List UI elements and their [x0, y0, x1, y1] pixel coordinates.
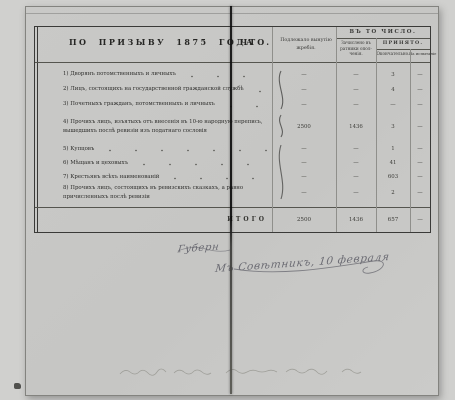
- cell-subject: —: [272, 146, 336, 152]
- scan-artifact-speck: [14, 383, 21, 389]
- table-title-tail: ЧТО.: [240, 37, 271, 47]
- cell-final: 41: [376, 160, 410, 166]
- row-label: 7) Крестьянъ всѣхъ наименованій: [63, 173, 159, 182]
- cell-militia: —: [336, 190, 376, 196]
- cell-militia: —: [336, 102, 376, 108]
- table-row: 4) Прочихъ лицъ, изъятыхъ отъ внесенія в…: [35, 112, 430, 142]
- cell-subject: 2500: [272, 124, 336, 130]
- cell-final: 3: [376, 124, 410, 130]
- table-body: 1) Дворянъ потомственныхъ и личныхъ — — …: [35, 62, 430, 207]
- dot-leader: [97, 148, 269, 153]
- total-value-probation: —: [410, 217, 430, 223]
- dot-leader: [131, 162, 269, 167]
- table-row: 8) Прочихъ лицъ, состоящихъ въ ревизских…: [35, 184, 430, 201]
- total-value-militia: 1436: [336, 217, 376, 223]
- cell-militia: —: [336, 146, 376, 152]
- cell-probation: —: [410, 102, 430, 108]
- row-label: 3) Почетныхъ гражданъ, потомственныхъ и …: [63, 100, 215, 109]
- header-accepted-final: Окончательно.: [376, 51, 410, 62]
- rule-under-group-header: [336, 38, 430, 39]
- row-label: 2) Лицъ, состоящихъ на государственной г…: [63, 85, 244, 94]
- total-value-subject: 2500: [272, 217, 336, 223]
- cell-probation: —: [410, 190, 430, 196]
- cell-militia: —: [336, 174, 376, 180]
- cell-subject: —: [272, 174, 336, 180]
- header-accepted-probation: На испытаніе: [409, 51, 430, 62]
- cell-final: 603: [376, 174, 410, 180]
- table-row: 7) Крестьянъ всѣхъ наименованій — — 603 …: [35, 170, 430, 184]
- row-label: 5) Купцовъ: [63, 145, 94, 154]
- cell-final: 2: [376, 190, 410, 196]
- table-title: ПО ПРИЗЫВУ 1875 ГОДА: [69, 37, 255, 47]
- cell-final: 4: [376, 87, 410, 93]
- dot-leader: [162, 176, 269, 181]
- book-fold-line: [230, 6, 232, 394]
- table-row: 6) Мѣщанъ и цеховыхъ — — 41 —: [35, 156, 430, 170]
- cell-subject: —: [272, 87, 336, 93]
- table-row: 2) Лицъ, состоящихъ на государственной г…: [35, 82, 430, 97]
- header-accepted: ПРИНЯТО.: [376, 40, 430, 48]
- table-title-cell: ПО ПРИЗЫВУ 1875 ГОДА ЧТО.: [35, 27, 272, 62]
- handwritten-signature-line1: Губерн: [177, 242, 220, 256]
- header-subject-to-lot: Подлежало вынутію жребія.: [274, 27, 338, 62]
- cell-probation: —: [410, 174, 430, 180]
- total-label: ИТОГО: [35, 216, 272, 223]
- cell-final: 3: [376, 72, 410, 78]
- cell-probation: —: [410, 87, 430, 93]
- row-label: 6) Мѣщанъ и цеховыхъ: [63, 159, 128, 168]
- handwritten-signature-line2: Мъ Совѣтникъ, 10 февраля: [215, 251, 391, 275]
- scanned-document: ПО ПРИЗЫВУ 1875 ГОДА ЧТО. Подлежало выну…: [0, 0, 455, 400]
- header-enrolled-militia: Зачислено въ ратники опол- ченія.: [336, 40, 376, 62]
- cell-probation: —: [410, 160, 430, 166]
- conscription-table: ПО ПРИЗЫВУ 1875 ГОДА ЧТО. Подлежало выну…: [34, 26, 431, 233]
- dot-leader: [247, 89, 269, 94]
- row-label: 8) Прочихъ лицъ, состоящихъ въ ревизских…: [63, 184, 266, 201]
- cell-final: —: [376, 102, 410, 108]
- cell-subject: —: [272, 160, 336, 166]
- header-in-that-number: ВЪ ТО ЧИСЛО.: [336, 29, 430, 38]
- total-value-final: 657: [376, 217, 410, 223]
- row-label: 1) Дворянъ потомственныхъ и личныхъ: [63, 70, 176, 79]
- cell-militia: —: [336, 72, 376, 78]
- cell-militia: —: [336, 87, 376, 93]
- cell-militia: 1436: [336, 124, 376, 130]
- total-row: ИТОГО 2500 1436 657 —: [35, 207, 430, 232]
- rule-under-accepted-header: [376, 49, 430, 50]
- table-row: 3) Почетныхъ гражданъ, потомственныхъ и …: [35, 97, 430, 112]
- cell-subject: —: [272, 72, 336, 78]
- cell-subject: —: [272, 102, 336, 108]
- table-row: 5) Купцовъ — — 1 —: [35, 142, 430, 156]
- table-row: 1) Дворянъ потомственныхъ и личныхъ — — …: [35, 67, 430, 82]
- cell-probation: —: [410, 124, 430, 130]
- dot-leader: [218, 104, 269, 109]
- faint-footer-handwriting: [118, 363, 370, 381]
- cell-final: 1: [376, 146, 410, 152]
- cell-probation: —: [410, 72, 430, 78]
- dot-leader: [179, 74, 269, 79]
- cell-militia: —: [336, 160, 376, 166]
- cell-subject: —: [272, 190, 336, 196]
- cell-probation: —: [410, 146, 430, 152]
- row-label: 4) Прочихъ лицъ, изъятыхъ отъ внесенія в…: [63, 118, 266, 135]
